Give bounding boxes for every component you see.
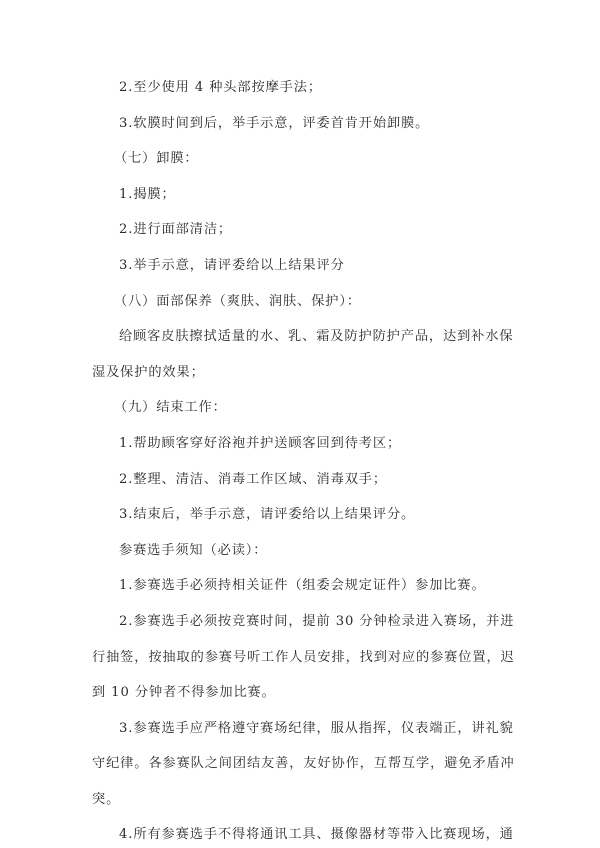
list-item: 2.至少使用 4 种头部按摩手法； (92, 70, 510, 106)
paragraph-line: 给顾客皮肤擦拭适量的水、乳、霜及防护防护产品，达到补水保 (92, 319, 510, 355)
list-item: 1.帮助顾客穿好浴袍并护送顾客回到待考区； (92, 426, 510, 462)
list-item: 3.结束后，举手示意，请评委给以上结果评分。 (92, 497, 510, 533)
paragraph-line: 到 10 分钟者不得参加比赛。 (92, 675, 510, 711)
document-page: 2.至少使用 4 种头部按摩手法； 3.软膜时间到后，举手示意，评委首肯开始卸膜… (92, 70, 510, 848)
section-heading: （八）面部保养（爽肤、润肤、保护）： (92, 284, 510, 320)
list-item: 2.进行面部清洁； (92, 212, 510, 248)
list-item: 3.参赛选手应严格遵守赛场纪律，服从指挥，仪表端正，讲礼貌 (92, 711, 510, 747)
paragraph-line: 行抽签，按抽取的参赛号听工作人员安排，找到对应的参赛位置，迟 (92, 640, 510, 676)
section-heading: 参赛选手须知（必读）： (92, 533, 510, 569)
list-item: 1.参赛选手必须持相关证件（组委会规定证件）参加比赛。 (92, 568, 510, 604)
list-item: 3.软膜时间到后，举手示意，评委首肯开始卸膜。 (92, 106, 510, 142)
list-item: 4.所有参赛选手不得将通讯工具、摄像器材等带入比赛现场，通 (92, 817, 510, 848)
paragraph-line: 突。 (92, 782, 510, 818)
section-heading: （七）卸膜： (92, 141, 510, 177)
list-item: 1.揭膜； (92, 177, 510, 213)
list-item: 2.整理、清洁、消毒工作区域、消毒双手； (92, 462, 510, 498)
list-item: 3.举手示意，请评委给以上结果评分 (92, 248, 510, 284)
section-heading: （九）结束工作： (92, 390, 510, 426)
list-item: 2.参赛选手必须按竞赛时间，提前 30 分钟检录进入赛场，并进 (92, 604, 510, 640)
paragraph-line: 守纪律。各参赛队之间团结友善，友好协作，互帮互学，避免矛盾冲 (92, 746, 510, 782)
paragraph-line: 湿及保护的效果； (92, 355, 510, 391)
